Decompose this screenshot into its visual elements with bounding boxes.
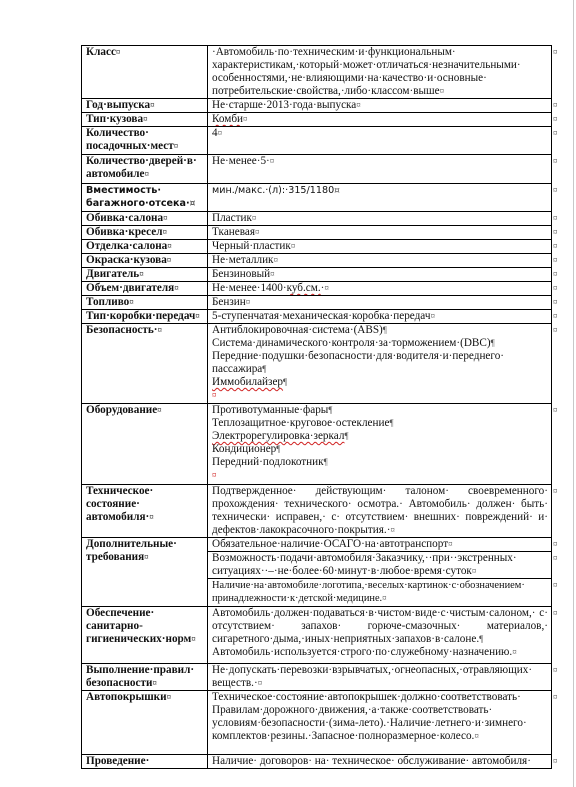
list-item: Антиблокировочная·система·(ABS)¶ bbox=[212, 324, 548, 337]
end-of-row-mark: ¤ bbox=[553, 156, 558, 166]
value-text: Бензиновый bbox=[212, 268, 270, 280]
row-value[interactable]: Обязательное·наличие·ОСАГО·на·автотрансп… bbox=[208, 538, 552, 552]
row-label: Топливо¤ bbox=[82, 296, 208, 310]
label-text: Безопасность· bbox=[86, 324, 158, 336]
label-text: Обеспечение· санитарно-гигиенических·нор… bbox=[86, 607, 191, 645]
end-of-cell-mark: ¤ bbox=[157, 405, 162, 415]
row-value[interactable]: Не·металлик¤ bbox=[208, 254, 552, 268]
label-text: Окраска·кузова bbox=[86, 254, 167, 266]
end-of-cell-mark: ¤ bbox=[144, 169, 149, 179]
value-text: 5-ступенчатая·механическая·коробка·перед… bbox=[212, 310, 430, 322]
table-row: Безопасность·¤ Антиблокировочная·система… bbox=[82, 324, 552, 404]
end-of-cell-mark: ¤ bbox=[252, 213, 257, 223]
end-of-row-mark: ¤ bbox=[553, 311, 558, 321]
table-row: Топливо¤ Бензин¤ bbox=[82, 296, 552, 310]
row-value[interactable]: 4¤ bbox=[208, 127, 552, 155]
end-of-cell-mark: ¤ bbox=[270, 269, 275, 279]
value-text: Техническое·состояние·автопокрышек·должн… bbox=[212, 691, 527, 742]
label-text: Тип·коробки·передач bbox=[86, 310, 195, 322]
value-text: Подтвержденное· действующим· талоном· св… bbox=[212, 485, 548, 536]
row-label: Дополнительные· требования¤ bbox=[82, 538, 208, 607]
row-value[interactable]: Черный·пластик¤ bbox=[208, 240, 552, 254]
row-label: Количество· посадочных·мест¤ bbox=[82, 127, 208, 155]
end-of-row-mark: ¤ bbox=[553, 553, 558, 563]
table-row: Вместимость· багажного·отсека·¤ мин./мак… bbox=[82, 184, 552, 212]
row-label: Год·выпуска¤ bbox=[82, 99, 208, 113]
row-value[interactable]: Подтвержденное· действующим· талоном· св… bbox=[208, 485, 552, 538]
table-row: Техническое· состояние· автомобиля·¤ Под… bbox=[82, 485, 552, 538]
table-row: Окраска·кузова¤ Не·металлик¤ bbox=[82, 254, 552, 268]
list-item: Передние·подушки·безопасности·для·водите… bbox=[212, 350, 548, 376]
end-of-cell-mark: ¤ bbox=[270, 156, 275, 166]
end-of-cell-mark: ¤ bbox=[212, 469, 548, 482]
end-of-cell-mark: ¤ bbox=[324, 283, 329, 293]
row-value[interactable]: Бензиновый¤ bbox=[208, 268, 552, 282]
table-row: Тип·кузова¤ Комби¤ bbox=[82, 113, 552, 127]
end-of-row-mark: ¤ bbox=[553, 213, 558, 223]
table-row: Обивка·кресел¤ Тканевая¤ bbox=[82, 226, 552, 240]
value-text: Бензин bbox=[212, 296, 246, 308]
table-row: Дополнительные· требования¤ Обязательное… bbox=[82, 538, 552, 552]
table-row: Тип·коробки·передач¤ 5-ступенчатая·механ… bbox=[82, 310, 552, 324]
end-of-cell-mark: ¤ bbox=[218, 128, 223, 138]
value-text: Не·менее·1400· bbox=[212, 282, 287, 294]
value-text: Наличие·на·автомобиле·логотипа,·веселых·… bbox=[212, 580, 525, 604]
table-row: Оборудование¤ Противотуманные·фары¶ Тепл… bbox=[82, 404, 552, 485]
value-text: Черный·пластик bbox=[212, 240, 291, 252]
label-text: Двигатель bbox=[86, 268, 139, 280]
end-of-row-mark: ¤ bbox=[553, 297, 558, 307]
row-label: Проведение· bbox=[82, 755, 208, 769]
row-label: Обивка·кресел¤ bbox=[82, 226, 208, 240]
row-label: Автопокрышки¤ bbox=[82, 691, 208, 755]
row-value[interactable]: Противотуманные·фары¶ Теплозащитное·круг… bbox=[208, 404, 552, 485]
row-value[interactable]: Не·старше·2013·года·выпуска¤ bbox=[208, 99, 552, 113]
value-text: Обязательное·наличие·ОСАГО·на·автотрансп… bbox=[212, 538, 448, 550]
label-text: Класс bbox=[86, 46, 116, 58]
row-label: Обивка·салона¤ bbox=[82, 212, 208, 226]
row-value[interactable]: Техническое·состояние·автопокрышек·должн… bbox=[208, 691, 552, 755]
vehicle-spec-table: Класс¤ ·Автомобиль·по·техническим·и·функ… bbox=[81, 45, 552, 769]
end-of-cell-mark: ¤ bbox=[474, 731, 479, 741]
value-text: Комби bbox=[212, 113, 243, 125]
end-of-row-mark: ¤ bbox=[553, 325, 558, 335]
end-of-cell-mark: ¤ bbox=[167, 241, 172, 251]
end-of-row-mark: ¤ bbox=[553, 756, 558, 766]
table-row: Отделка·салона¤ Черный·пластик¤ bbox=[82, 240, 552, 254]
end-of-cell-mark: ¤ bbox=[334, 186, 340, 196]
list-item: Передний·подлокотник¶ bbox=[212, 456, 548, 469]
end-of-cell-mark: ¤ bbox=[152, 678, 157, 688]
end-of-cell-mark: ¤ bbox=[191, 634, 196, 644]
table-row: Класс¤ ·Автомобиль·по·техническим·и·функ… bbox=[82, 46, 552, 99]
end-of-cell-mark: ¤ bbox=[291, 241, 296, 251]
table-row: Выполнение·правил· безопасности¤ Не·допу… bbox=[82, 664, 552, 691]
row-value[interactable]: 5-ступенчатая·механическая·коробка·перед… bbox=[208, 310, 552, 324]
list-item: Кондиционер¶ bbox=[212, 443, 548, 456]
row-value[interactable]: Автомобиль·должен·подаваться·в·чистом·ви… bbox=[208, 607, 552, 664]
row-value[interactable]: Пластик¤ bbox=[208, 212, 552, 226]
value-text: Не·старше·2013·года·выпуска bbox=[212, 99, 356, 111]
label-text: Количество· посадочных·мест bbox=[86, 127, 174, 152]
end-of-cell-mark: ¤ bbox=[448, 539, 453, 549]
end-of-cell-mark: ¤ bbox=[195, 311, 200, 321]
end-of-cell-mark: ¤ bbox=[163, 213, 168, 223]
end-of-row-mark: ¤ bbox=[553, 255, 558, 265]
table-row: Год·выпуска¤ Не·старше·2013·года·выпуска… bbox=[82, 99, 552, 113]
end-of-row-mark: ¤ bbox=[553, 269, 558, 279]
label-text: Топливо bbox=[86, 296, 129, 308]
row-label: Количество·дверей·в· автомобиле¤ bbox=[82, 155, 208, 184]
row-label: Окраска·кузова¤ bbox=[82, 254, 208, 268]
row-label: Класс¤ bbox=[82, 46, 208, 99]
end-of-cell-mark: ¤ bbox=[116, 47, 121, 57]
value-text: Не·менее·5· bbox=[212, 155, 270, 167]
row-label: Отделка·салона¤ bbox=[82, 240, 208, 254]
label-text: Выполнение·правил· безопасности bbox=[86, 664, 194, 689]
value-text: Пластик bbox=[212, 212, 252, 224]
row-label: Тип·кузова¤ bbox=[82, 113, 208, 127]
end-of-cell-mark: ¤ bbox=[174, 141, 179, 151]
row-label: Объем·двигателя¤ bbox=[82, 282, 208, 296]
row-label: Вместимость· багажного·отсека·¤ bbox=[82, 184, 208, 212]
table-row: Количество· посадочных·мест¤ 4¤ bbox=[82, 127, 552, 155]
page-edge-line bbox=[573, 0, 574, 787]
row-label: Выполнение·правил· безопасности¤ bbox=[82, 664, 208, 691]
value-text: ·Автомобиль·по·техническим·и·функциональ… bbox=[212, 46, 521, 97]
list-item: Иммобилайзер¶ bbox=[212, 376, 548, 389]
end-of-cell-mark: ¤ bbox=[167, 692, 172, 702]
end-of-row-mark: ¤ bbox=[553, 539, 558, 549]
table-row: Двигатель¤ Бензиновый¤ bbox=[82, 268, 552, 282]
label-text: Объем·двигателя bbox=[86, 282, 174, 294]
list-item: Электрорегулировка·зеркал¶ bbox=[212, 430, 548, 443]
end-of-cell-mark: ¤ bbox=[167, 255, 172, 265]
row-value[interactable]: Тканевая¤ bbox=[208, 226, 552, 240]
value-text: мин./макс.·(л):·315/1180 bbox=[212, 185, 334, 196]
end-of-cell-mark: ¤ bbox=[163, 227, 168, 237]
end-of-cell-mark: ¤ bbox=[150, 100, 155, 110]
end-of-cell-mark: ¤ bbox=[149, 512, 154, 522]
end-of-row-mark: ¤ bbox=[553, 185, 558, 195]
end-of-cell-mark: ¤ bbox=[243, 114, 248, 124]
end-of-cell-mark: ¤ bbox=[472, 566, 477, 576]
row-value[interactable]: Наличие·на·автомобиле·логотипа,·веселых·… bbox=[208, 579, 552, 607]
end-of-cell-mark: ¤ bbox=[139, 269, 144, 279]
label-text: Обивка·салона bbox=[86, 212, 163, 224]
label-text: Вместимость· багажного·отсека· bbox=[86, 185, 190, 209]
row-value[interactable]: мин./макс.·(л):·315/1180¤ bbox=[208, 184, 552, 212]
list-item: Противотуманные·фары¶ bbox=[212, 404, 548, 417]
value-text: Тканевая bbox=[212, 226, 255, 238]
table-row: Количество·дверей·в· автомобиле¤ Не·мене… bbox=[82, 155, 552, 184]
row-label: Оборудование¤ bbox=[82, 404, 208, 485]
end-of-cell-mark: ¤ bbox=[356, 100, 361, 110]
value-text: Наличие· договоров· на· техническое· обс… bbox=[212, 755, 531, 767]
end-of-row-mark: ¤ bbox=[553, 283, 558, 293]
row-value[interactable]: Возможность·подачи·автомобиля·Заказчику,… bbox=[208, 552, 552, 579]
end-of-cell-mark: ¤ bbox=[190, 199, 196, 209]
end-of-row-mark: ¤ bbox=[553, 405, 558, 415]
end-of-cell-mark: ¤ bbox=[144, 552, 149, 562]
end-of-cell-mark: ¤ bbox=[382, 593, 387, 603]
end-of-row-mark: ¤ bbox=[553, 608, 558, 618]
row-label: Безопасность·¤ bbox=[82, 324, 208, 404]
end-of-row-mark: ¤ bbox=[553, 241, 558, 251]
label-text: Техническое· состояние· автомобиля· bbox=[86, 485, 153, 523]
list-item: Система·динамического·контроля·за·тормож… bbox=[212, 337, 548, 350]
end-of-cell-mark: ¤ bbox=[440, 86, 445, 96]
label-text: Оборудование bbox=[86, 404, 157, 416]
end-of-cell-mark: ¤ bbox=[158, 325, 163, 335]
label-text: Тип·кузова bbox=[86, 113, 143, 125]
row-value[interactable]: Не·допускать·перевозки·взрывчатых,·огнео… bbox=[208, 664, 552, 691]
end-of-row-mark: ¤ bbox=[553, 692, 558, 702]
end-of-cell-mark: ¤ bbox=[212, 389, 548, 402]
label-text: Обивка·кресел bbox=[86, 226, 163, 238]
end-of-row-mark: ¤ bbox=[553, 114, 558, 124]
row-label: Техническое· состояние· автомобиля·¤ bbox=[82, 485, 208, 538]
row-value[interactable]: Наличие· договоров· на· техническое· обс… bbox=[208, 755, 552, 769]
end-of-cell-mark: ¤ bbox=[258, 678, 263, 688]
table-row: Объем·двигателя¤ Не·менее·1400·куб.см.·¤ bbox=[82, 282, 552, 296]
row-label: Тип·коробки·передач¤ bbox=[82, 310, 208, 324]
list-item: Теплозащитное·круговое·остекление¶ bbox=[212, 417, 548, 430]
end-of-cell-mark: ¤ bbox=[246, 297, 251, 307]
label-text: Автопокрышки bbox=[86, 691, 167, 703]
row-value[interactable]: ·Автомобиль·по·техническим·и·функциональ… bbox=[208, 46, 552, 99]
label-text: Год·выпуска bbox=[86, 99, 150, 111]
end-of-cell-mark: ¤ bbox=[274, 255, 279, 265]
row-label: Обеспечение· санитарно-гигиенических·нор… bbox=[82, 607, 208, 664]
table-row: Обивка·салона¤ Пластик¤ bbox=[82, 212, 552, 226]
table-row: Обеспечение· санитарно-гигиенических·нор… bbox=[82, 607, 552, 664]
table-row: Проведение· Наличие· договоров· на· техн… bbox=[82, 755, 552, 769]
end-of-row-mark: ¤ bbox=[553, 227, 558, 237]
row-label: Двигатель¤ bbox=[82, 268, 208, 282]
end-of-cell-mark: ¤ bbox=[129, 297, 134, 307]
end-of-row-mark: ¤ bbox=[553, 128, 558, 138]
row-value[interactable]: Бензин¤ bbox=[208, 296, 552, 310]
end-of-cell-mark: ¤ bbox=[255, 227, 260, 237]
label-text: Отделка·салона bbox=[86, 240, 167, 252]
paragraph: Автомобиль·должен·подаваться·в·чистом·ви… bbox=[212, 607, 548, 646]
end-of-row-mark: ¤ bbox=[553, 100, 558, 110]
spellcheck-flagged-text: куб.см. bbox=[287, 282, 321, 294]
table-row: Автопокрышки¤ Техническое·состояние·авто… bbox=[82, 691, 552, 755]
end-of-cell-mark: ¤ bbox=[174, 283, 179, 293]
end-of-row-mark: ¤ bbox=[553, 486, 558, 496]
end-of-cell-mark: ¤ bbox=[430, 311, 435, 321]
row-value[interactable]: Антиблокировочная·система·(ABS)¶ Система… bbox=[208, 324, 552, 404]
end-of-cell-mark: ¤ bbox=[390, 525, 395, 535]
row-value[interactable]: Не·менее·1400·куб.см.·¤ bbox=[208, 282, 552, 296]
label-text: Дополнительные· требования bbox=[86, 538, 177, 563]
label-text: Количество·дверей·в· автомобиле bbox=[86, 155, 197, 180]
row-value[interactable]: Комби¤ bbox=[208, 113, 552, 127]
paragraph: Автомобиль·используется·строго·по·служеб… bbox=[212, 646, 548, 659]
value-text: Не·металлик bbox=[212, 254, 274, 266]
end-of-row-mark: ¤ bbox=[553, 47, 558, 57]
end-of-cell-mark: ¤ bbox=[143, 114, 148, 124]
end-of-row-mark: ¤ bbox=[553, 580, 558, 590]
label-text: Проведение· bbox=[86, 755, 149, 767]
row-value[interactable]: Не·менее·5·¤ bbox=[208, 155, 552, 184]
end-of-row-mark: ¤ bbox=[553, 665, 558, 675]
